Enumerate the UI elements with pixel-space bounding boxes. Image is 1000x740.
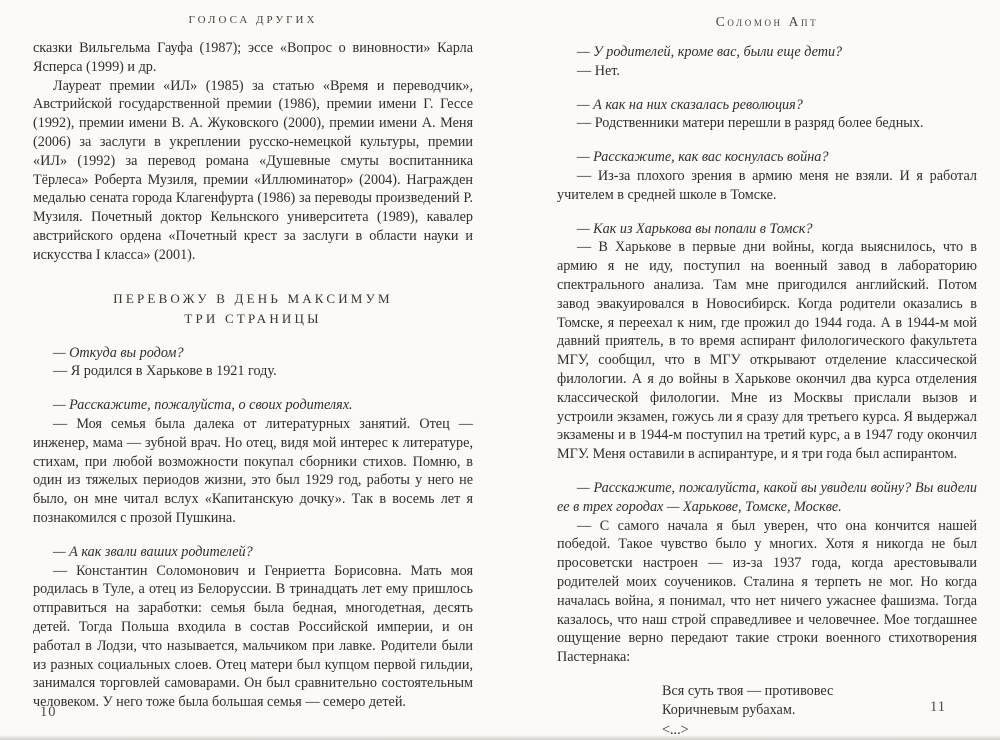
interview-question: — Расскажите, пожалуйста, о своих родите… (33, 396, 473, 415)
interview-question: — Расскажите, пожалуйста, какой вы увиде… (557, 479, 977, 517)
left-page: ГОЛОСА ДРУГИХ сказки Вильгельма Гауфа (1… (33, 0, 473, 712)
chapter-heading: ПЕРЕВОЖУ В ДЕНЬ МАКСИМУМТРИ СТРАНИЦЫ (33, 289, 473, 329)
right-page: Соломон Апт — У родителей, кроме вас, бы… (557, 0, 977, 740)
qa-block: — Откуда вы родом? — Я родился в Харьков… (33, 344, 473, 382)
interview-question: — А как на них сказалась революция? (557, 96, 977, 115)
interview-question: — Откуда вы родом? (33, 344, 473, 363)
chapter-heading-line-2: ТРИ СТРАНИЦЫ (184, 311, 321, 326)
qa-block: — А как звали ваших родителей? — Констан… (33, 543, 473, 712)
interview-answer: — Родственники матери перешли в разряд б… (557, 114, 977, 133)
interview-question: — Как из Харькова вы попали в Томск? (557, 220, 977, 239)
left-running-head: ГОЛОСА ДРУГИХ (33, 14, 473, 26)
interview-question: — А как звали ваших родителей? (33, 543, 473, 562)
interview-answer: — Константин Соломонович и Генриетта Бор… (33, 562, 473, 712)
left-page-text: сказки Вильгельма Гауфа (1987); эссе «Во… (33, 39, 473, 712)
page-number-left: 10 (40, 704, 57, 721)
interview-answer: — В Харькове в первые дни войны, когда в… (557, 238, 977, 464)
qa-block: — Расскажите, как вас коснулась война? —… (557, 148, 977, 204)
interview-answer: — Нет. (557, 62, 977, 81)
qa-block: — А как на них сказалась революция? — Ро… (557, 96, 977, 134)
page-bottom-edge-shadow (0, 735, 1000, 740)
qa-block: — Расскажите, пожалуйста, о своих родите… (33, 396, 473, 528)
page-number-right: 11 (930, 699, 946, 716)
book-spread-scan: { "colors": { "paper": "#fbfaf6", "ink":… (0, 0, 1000, 740)
qa-block: — Расскажите, пожалуйста, какой вы увиде… (557, 479, 977, 667)
bio-paragraph-continuation: сказки Вильгельма Гауфа (1987); эссе «Во… (33, 39, 473, 77)
bio-paragraph-awards: Лауреат премии «ИЛ» (1985) за статью «Вр… (33, 77, 473, 265)
qa-block: — Как из Харькова вы попали в Томск? — В… (557, 220, 977, 464)
qa-block: — У родителей, кроме вас, были еще дети?… (557, 43, 977, 81)
interview-answer: — Я родился в Харькове в 1921 году. (33, 362, 473, 381)
interview-answer: — Из-за плохого зрения в армию меня не в… (557, 167, 977, 205)
chapter-heading-line-1: ПЕРЕВОЖУ В ДЕНЬ МАКСИМУМ (113, 291, 392, 306)
interview-question: — Расскажите, как вас коснулась война? (557, 148, 977, 167)
right-page-text: — У родителей, кроме вас, были еще дети?… (557, 43, 977, 740)
interview-answer: — Моя семья была далека от литературных … (33, 415, 473, 528)
interview-answer: — С самого начала я был уверен, что она … (557, 517, 977, 667)
interview-question: — У родителей, кроме вас, были еще дети? (557, 43, 977, 62)
right-running-head: Соломон Апт (557, 14, 977, 30)
